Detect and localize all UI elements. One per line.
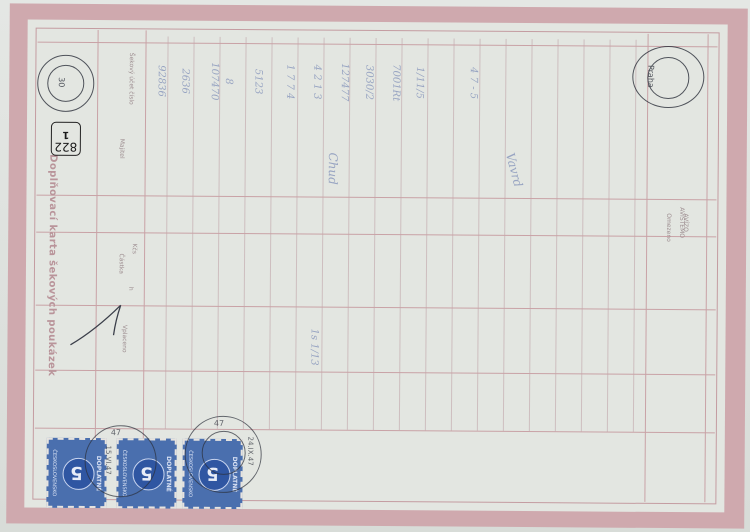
handwritten-entry: 2636	[179, 68, 190, 94]
handwritten-entry: 92836	[156, 65, 167, 97]
handwritten-entry: 8	[223, 78, 234, 84]
postmark-town: Praha	[646, 65, 655, 88]
handwritten-entry: 127477	[339, 63, 350, 101]
handwritten-entry: 107470	[209, 62, 220, 100]
handwritten-entry: 7001Rt	[390, 64, 401, 101]
handwritten-entry: 1 7 7 4	[284, 64, 295, 99]
handwritten-amount-note: 1s 1/13	[308, 328, 319, 365]
reference-number: 822	[54, 140, 78, 154]
postmark-date: 24.IX.47	[246, 437, 254, 466]
header-account-number: Šekový účet číslo	[128, 53, 135, 105]
postmark-year: 47	[214, 419, 224, 428]
header-kcs: Kčs	[131, 244, 138, 254]
header-avistemo: AVISTEMO	[678, 207, 685, 238]
postmark-date: 30	[57, 77, 66, 87]
document-sheet: Doplňovací karta šekových poukázek Šekov…	[6, 3, 748, 528]
handwritten-entry: 4 7 - 5	[468, 67, 479, 99]
header-amount: Částka	[118, 253, 125, 273]
reference-number-box: 822 1	[51, 122, 81, 156]
header-omezeno: Omezeno	[665, 213, 672, 242]
pen-stroke-icon	[65, 300, 125, 350]
handwritten-signature: Chud	[326, 152, 340, 184]
handwritten-entry: 5123	[252, 69, 263, 95]
postmark: 30	[37, 55, 94, 112]
handwritten-entry: 4 2 1 3	[311, 65, 322, 100]
header-h: h	[127, 287, 134, 291]
form-title: Doplňovací karta šekových poukázek	[46, 154, 59, 376]
reference-subnumber: 1	[54, 129, 78, 140]
postmark-date: 15.VI.47	[104, 446, 112, 475]
postmark: Praha	[632, 46, 704, 109]
postmark-year: 47	[111, 428, 121, 437]
postmark: 47 24.IX.47	[184, 416, 262, 494]
form-paper: Doplňovací karta šekových poukázek Šekov…	[24, 20, 727, 513]
postmark: 47 15.VI.47	[84, 425, 157, 498]
handwritten-entry: 1/11/5	[414, 67, 425, 99]
stamp-label: DOPLATNÉ	[165, 456, 172, 492]
header-owner: Majitel	[118, 139, 125, 159]
handwritten-entry: 3030/2	[363, 65, 374, 100]
